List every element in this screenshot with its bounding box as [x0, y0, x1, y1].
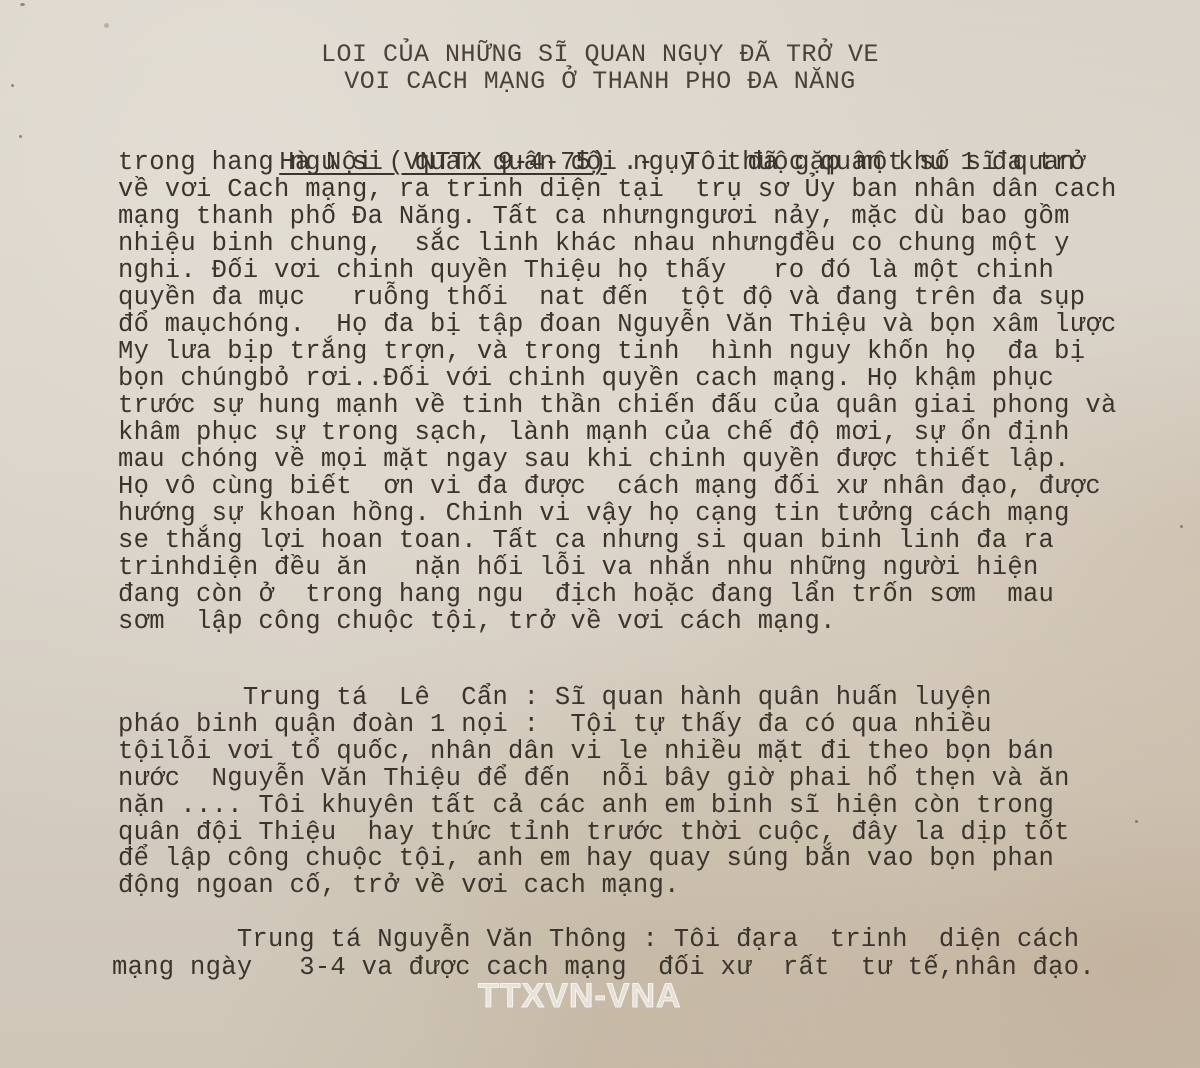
ttxvn-vna-watermark: TTXVN-VNA [478, 977, 682, 1016]
text-line: nước Nguyễn Văn Thiệu để đến nỗi bây giờ… [118, 765, 1070, 792]
text-line: nghi. Đối vơi chinh quyền Thiệu họ thấy … [118, 257, 1054, 284]
text-line: trước sự hung mạnh về tinh thần chiến đấ… [118, 392, 1117, 419]
text-line: khâm phục sự trong sạch, lành mạnh của c… [118, 419, 1070, 446]
ink-speck [1135, 820, 1138, 823]
text-line: Họ vô cùng biết ơn vi đa được cách mạng … [118, 473, 1101, 500]
text-line: My lưa bịp trắng trợn, và trong tinh hìn… [118, 338, 1085, 365]
text-line: se thắng lợi hoan toan. Tất ca nhưng si … [118, 527, 1054, 554]
text-line: tộilỗi vơi tổ quốc, nhân dân vi le nhiều… [118, 738, 1054, 765]
text-line: mạng thanh phố Đa Năng. Tất ca nhưngngươ… [118, 203, 1070, 230]
text-line: về vơi Cach mạng, ra trinh diện tại trụ … [118, 176, 1117, 203]
text-line: đổ maụchóng. Họ đa bị tập đoan Nguyễn Vă… [118, 311, 1117, 338]
document-title-line-1: LOI CỦA NHỮNG SĨ QUAN NGỤY ĐÃ TRỞ VE [0, 40, 1200, 69]
text-line: quyền đa mục ruỗng thối nat đến tột độ v… [118, 284, 1085, 311]
ink-speck [1180, 525, 1183, 528]
text-line: để lập công chuộc tội, anh em hay quay s… [118, 845, 1054, 872]
text-line: Trung tá Nguyễn Văn Thông : Tôi đạra tri… [112, 926, 1079, 953]
text-line: trinhdiện đều ăn nặn hối lỗi va nhắn nhu… [118, 554, 1039, 581]
text-line: trong hang ngu si quan quân đội ngụy thu… [118, 149, 1085, 176]
text-line: động ngoan cố, trở về vơi cach mạng. [118, 872, 680, 899]
text-line: quân đội Thiệu hay thức tỉnh trước thời … [118, 819, 1070, 846]
text-line: nặn .... Tôi khuyên tất cả các anh em bi… [118, 792, 1054, 819]
text-line: hướng sự khoan hồng. Chinh vi vậy họ cạn… [118, 500, 1070, 527]
ink-speck [20, 3, 25, 6]
text-line: bọn chúngbỏ rơi..Đối với chinh quyền cac… [118, 365, 1054, 392]
ink-speck [19, 135, 22, 138]
text-line: mau chóng về mọi mặt ngay sau khi chinh … [118, 446, 1070, 473]
text-line: pháo binh quận đoàn 1 nọi : Tội tự thấy … [118, 711, 992, 738]
text-line: Trung tá Lê Cẩn : Sĩ quan hành quân huấn… [118, 684, 992, 711]
text-line: đang còn ở trong hang ngu địch hoặc đang… [118, 581, 1054, 608]
document-title-line-2: VOI CACH MẠNG Ở THANH PHO ĐA NĂNG [0, 67, 1200, 96]
text-line: nhiệu binh chung, sắc linh khác nhau như… [118, 230, 1070, 257]
text-line: sơm lập công chuộc tội, trở về vơi cách … [118, 608, 836, 635]
ink-speck [104, 23, 109, 28]
